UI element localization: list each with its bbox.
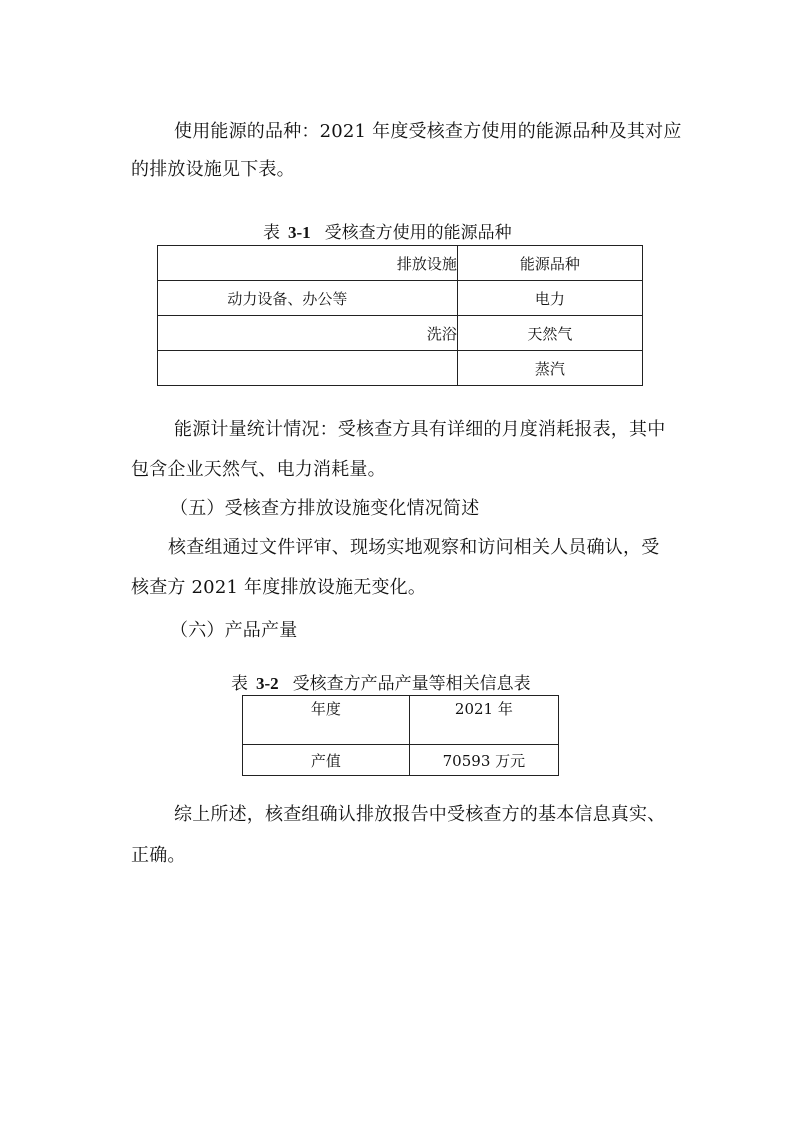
cell-value-year: 2021 年: [409, 696, 558, 745]
paragraph-energy-types-line2: 的排放设施见下表。: [131, 158, 295, 182]
table-row: 动力设备、办公等 电力: [158, 281, 643, 316]
energy-types-table: 排放设施 能源品种 动力设备、办公等 电力 洗浴 天然气 蒸汽: [157, 245, 643, 386]
cell-energy: 蒸汽: [457, 351, 642, 386]
paragraph-facility-change-line2: 核查方 2021 年度排放设施无变化。: [131, 576, 426, 600]
cell-label-output-value: 产值: [243, 745, 410, 776]
table2-caption: 表3-2受核查方产品产量等相关信息表: [231, 673, 531, 695]
paragraph-conclusion-line2: 正确。: [131, 844, 186, 868]
cell-energy: 天然气: [457, 316, 642, 351]
cell-label-year: 年度: [243, 696, 410, 745]
header-emission-facility: 排放设施: [158, 246, 458, 281]
table-row: 蒸汽: [158, 351, 643, 386]
table-header-row: 排放设施 能源品种: [158, 246, 643, 281]
section-heading-6: （六）产品产量: [170, 619, 297, 643]
cell-value-output-value: 70593 万元: [409, 745, 558, 776]
paragraph-metering-line1: 能源计量统计情况：受核查方具有详细的月度消耗报表，其中: [174, 418, 665, 442]
table2-caption-number: 3-2: [256, 674, 279, 693]
cell-facility: 洗浴: [158, 316, 458, 351]
document-page: 使用能源的品种：2021 年度受核查方使用的能源品种及其对应 的排放设施见下表。…: [0, 0, 794, 1123]
paragraph-facility-change-line1: 核查组通过文件评审、现场实地观察和访问相关人员确认，受: [168, 536, 659, 560]
table1-caption-title: 受核查方使用的能源品种: [325, 223, 512, 243]
product-output-table: 年度 2021 年 产值 70593 万元: [242, 695, 559, 776]
paragraph-conclusion-line1: 综上所述，核查组确认排放报告中受核查方的基本信息真实、: [174, 803, 665, 827]
cell-energy: 电力: [457, 281, 642, 316]
table1-caption-number: 3-1: [288, 223, 311, 242]
table1-caption-prefix: 表: [263, 223, 280, 243]
cell-facility: 动力设备、办公等: [158, 281, 458, 316]
table-row: 洗浴 天然气: [158, 316, 643, 351]
table2-caption-prefix: 表: [231, 674, 248, 694]
section-heading-5: （五）受核查方排放设施变化情况简述: [170, 497, 479, 521]
header-energy-type: 能源品种: [457, 246, 642, 281]
table1-caption: 表3-1受核查方使用的能源品种: [263, 222, 512, 244]
table2-caption-title: 受核查方产品产量等相关信息表: [293, 674, 531, 694]
cell-facility: [158, 351, 458, 386]
paragraph-metering-line2: 包含企业天然气、电力消耗量。: [131, 458, 386, 482]
paragraph-energy-types-line1: 使用能源的品种：2021 年度受核查方使用的能源品种及其对应: [174, 120, 682, 144]
table-row: 年度 2021 年: [243, 696, 559, 745]
table-row: 产值 70593 万元: [243, 745, 559, 776]
